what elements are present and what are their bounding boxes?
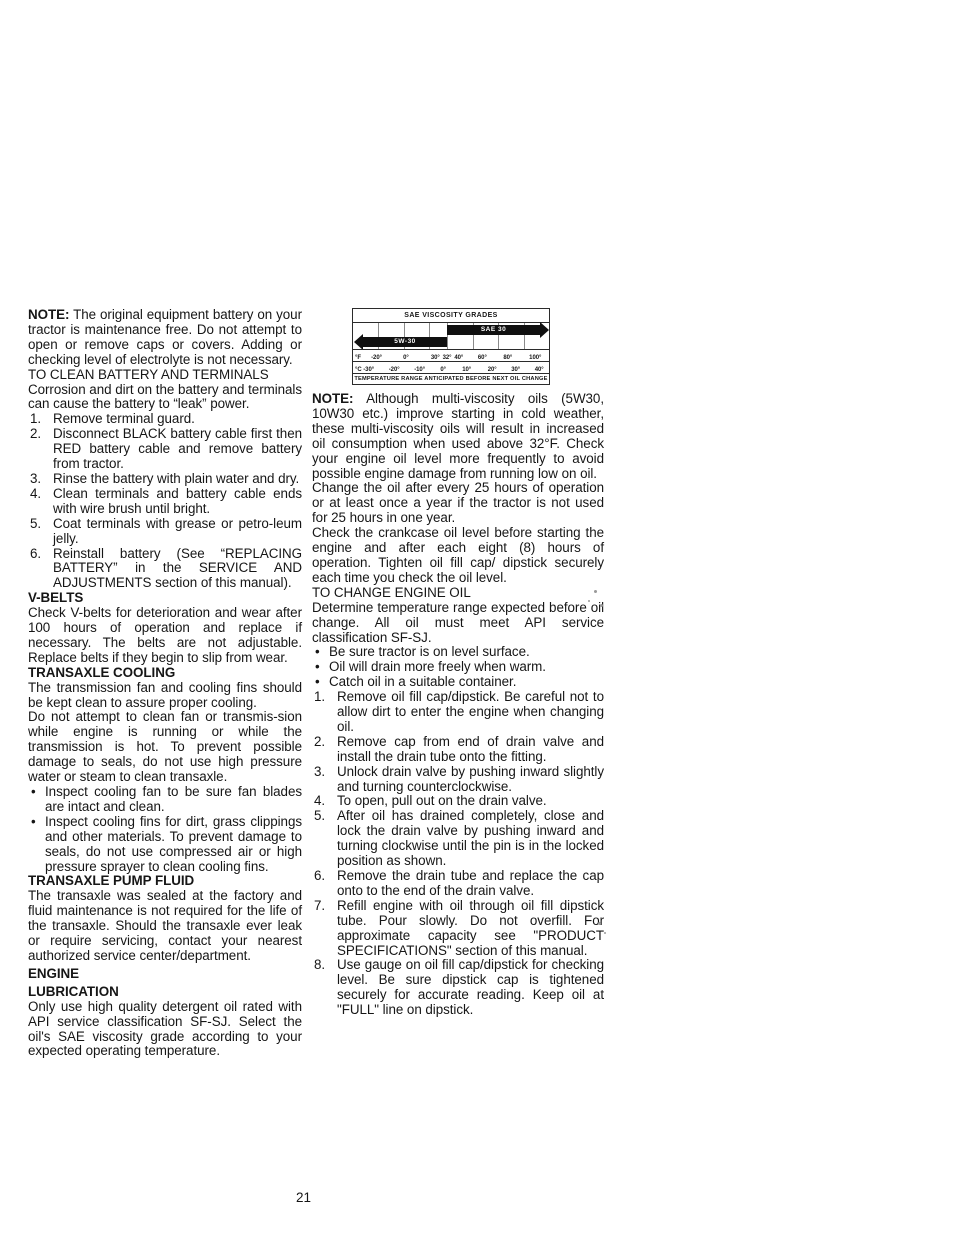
scan-speck [600, 604, 603, 607]
pump-fluid-heading: TRANSAXLE PUMP FLUID [28, 874, 302, 889]
list-item: Inspect cooling fan to be sure fan blade… [28, 785, 302, 815]
cooling-bullet-list: Inspect cooling fan to be sure fan blade… [28, 785, 302, 874]
tick-label: 40° [535, 363, 544, 378]
list-item: Reinstall battery (See “REPLACING BATTER… [28, 547, 302, 592]
tick-label: -30° [363, 363, 374, 378]
tick-label: 20° [488, 363, 497, 378]
list-item: Oil will drain more freely when warm. [312, 660, 604, 675]
battery-note-paragraph: NOTE: The original equipment battery on … [28, 308, 302, 368]
clean-battery-heading: TO CLEAN BATTERY AND TERMINALS [28, 368, 302, 383]
engine-heading: ENGINE [28, 967, 302, 982]
change-oil-intro: Determine temperature range expected bef… [312, 601, 604, 646]
list-item: Remove cap from end of drain valve and i… [312, 735, 604, 765]
fahrenheit-scale: °F -20° 0° 30° 32° 40° 60° 80° 100° [353, 349, 549, 361]
list-item: Coat terminals with grease or petro-leum… [28, 517, 302, 547]
vbelts-heading: V-BELTS [28, 591, 302, 606]
note-text: Although multi-viscosity oils (5W30, 10W… [312, 391, 604, 481]
pump-fluid-paragraph: The transaxle was sealed at the factory … [28, 889, 302, 964]
oil-bullet-list: Be sure tractor is on level surface. Oil… [312, 645, 604, 690]
list-item: Unlock drain valve by pushing inward sli… [312, 765, 604, 795]
vbelts-paragraph: Check V-belts for deterioration and wear… [28, 606, 302, 666]
oil-change-interval-paragraph: Change the oil after every 25 hours of o… [312, 481, 604, 526]
scan-speck [594, 590, 597, 593]
lubrication-paragraph: Only use high quality detergent oil rate… [28, 1000, 302, 1060]
diagram-title: SAE VISCOSITY GRADES [353, 309, 549, 323]
left-column: NOTE: The original equipment battery on … [28, 308, 302, 1059]
clean-battery-intro: Corrosion and dirt on the battery and te… [28, 383, 302, 413]
note-label: NOTE: [28, 307, 69, 322]
crankcase-paragraph: Check the crankcase oil level before sta… [312, 526, 604, 586]
list-item: Catch oil in a suitable container. [312, 675, 604, 690]
list-item: Disconnect BLACK battery cable first the… [28, 427, 302, 472]
lubrication-heading: LUBRICATION [28, 985, 302, 1000]
list-item: After oil has drained completely, close … [312, 809, 604, 869]
list-item: Refill engine with oil through oil fill … [312, 899, 604, 959]
list-item: Be sure tractor is on level surface. [312, 645, 604, 660]
tick-label: -20° [389, 363, 400, 378]
page-number: 21 [296, 1190, 311, 1205]
note-label: NOTE: [312, 391, 353, 406]
list-item: Inspect cooling fins for dirt, grass cli… [28, 815, 302, 875]
celsius-scale: °C -30° -20° -10° 0° 10° 20° 30° 40° [353, 361, 549, 373]
sae-viscosity-diagram: SAE VISCOSITY GRADES SAE 30 5W-30 °F -20… [352, 308, 550, 385]
tick-label: 0° [440, 363, 446, 378]
list-item: Rinse the battery with plain water and d… [28, 472, 302, 487]
sae30-arrow: SAE 30 [447, 325, 540, 335]
tick-label: 30° [511, 363, 520, 378]
list-item: To open, pull out on the drain valve. [312, 794, 604, 809]
manual-page: NOTE: The original equipment battery on … [0, 0, 954, 1239]
scan-speck [588, 600, 590, 602]
5w30-arrow: 5W-30 [363, 337, 447, 347]
list-item: Use gauge on oil fill cap/dipstick for c… [312, 958, 604, 1018]
transaxle-cooling-heading: TRANSAXLE COOLING [28, 666, 302, 681]
change-engine-oil-heading: TO CHANGE ENGINE OIL [312, 586, 604, 601]
tick-label: 10° [462, 363, 471, 378]
tick-label: -10° [414, 363, 425, 378]
note-text: The original equipment battery on your t… [28, 307, 302, 367]
battery-steps-list: Remove terminal guard. Disconnect BLACK … [28, 412, 302, 591]
celsius-unit-label: °C [355, 363, 362, 378]
scan-speck [604, 932, 606, 934]
diagram-arrow-band: SAE 30 5W-30 [353, 323, 549, 349]
oil-change-steps-list: Remove oil fill cap/dipstick. Be careful… [312, 690, 604, 1018]
right-column: SAE VISCOSITY GRADES SAE 30 5W-30 °F -20… [312, 308, 604, 1018]
list-item: Remove oil fill cap/dipstick. Be careful… [312, 690, 604, 735]
scan-speck [598, 922, 601, 925]
oil-note-paragraph: NOTE: Although multi-viscosity oils (5W3… [312, 392, 604, 481]
list-item: Remove terminal guard. [28, 412, 302, 427]
transaxle-cooling-paragraph-1: The transmission fan and cooling fins sh… [28, 681, 302, 711]
list-item: Remove the drain tube and replace the ca… [312, 869, 604, 899]
transaxle-cooling-paragraph-2: Do not attempt to clean fan or transmis-… [28, 710, 302, 785]
list-item: Clean terminals and battery cable ends w… [28, 487, 302, 517]
